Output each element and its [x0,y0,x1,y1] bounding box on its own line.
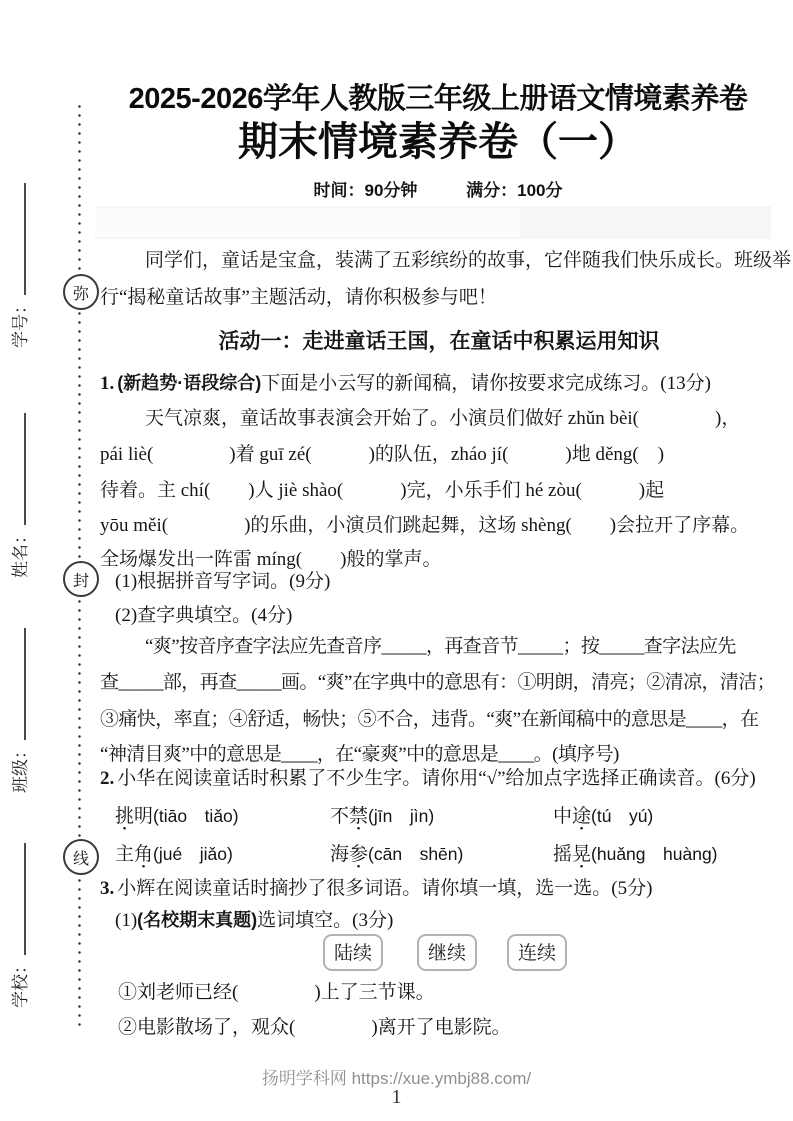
question-3-sub-1: (1)(名校期末真题)选词填空。(3分) [100,907,793,934]
time-label: 时间：90分钟 [313,181,417,200]
word-pre: 主 [115,844,134,865]
school-blank-line [8,843,26,955]
margin-field-school: 学校： [8,843,32,1008]
sub-1-number: (1) [115,910,137,931]
school-label: 学校： [11,957,30,1008]
margin-field-student-id: 学号： [8,183,32,348]
question-1-stem: 1.(新趋势·语段综合)下面是小云写的新闻稿，请你按要求完成练习。(13分) [100,370,778,397]
word-dotted-char: 参 [349,839,368,866]
seal-char-circle-1: 弥 [63,274,99,310]
word-bank-box-lianxu: 连续 [507,934,567,971]
dictionary-line-3: ③痛快，率直；④舒适，畅快；⑤不合，违背。“爽”在新闻稿中的意思是____，在 [100,706,778,733]
dictionary-line-1: “爽”按音序查字法应先查音序_____，再查音节_____；按_____查字法应… [100,633,793,660]
fill-item-1: ①刘老师已经( )上了三节课。 [100,979,793,1006]
pinyin-options: (cān shēn) [368,844,463,864]
news-paragraph-line-2: pái liè( )着 guī zé( )的队伍，zháo jí( )地 děn… [100,441,778,468]
question-3-text: 小辉在阅读童话时摘抄了很多词语。请你填一填，选一选。(5分) [117,878,652,899]
pinyin-options: (huǎng huàng) [591,844,717,864]
exam-info-line: 时间：90分钟 满分：100分 [100,176,776,201]
word-bank-box-luxu: 陆续 [323,934,383,971]
dictionary-line-2: 查_____部，再查_____画。“爽”在字典中的意思有：①明朗，清亮；②清凉，… [100,669,778,696]
news-paragraph-line-4: yōu měi( )的乐曲，小演员们跳起舞，这场 shèng( )会拉开了序幕。 [100,512,778,539]
word-item-yaohuang: 摇晃(huǎng huàng) [553,839,718,866]
exam-page: 学号： 姓名： 班级： 学校： 弥 封 线 2025-2026学年人教版三年级上… [0,0,793,1121]
name-label: 姓名： [11,527,30,578]
sub-1-tag: (名校期末真题) [137,910,257,930]
class-label: 班级： [11,742,30,793]
student-id-label: 学号： [11,297,30,348]
word-pre: 中 [553,806,572,827]
page-number: 1 [0,1086,793,1109]
word-pre: 海 [330,844,349,865]
word-dotted-char: 途 [572,801,591,828]
class-blank-line [8,628,26,740]
margin-field-name: 姓名： [8,413,32,578]
news-l1-pre: 天气凉 [145,408,202,429]
question-2-stem: 2.小华在阅读童话时积累了不少生字。请你用“√”给加点字选择正确读音。(6分) [100,765,778,792]
fill-item-2: ②电影散场了，观众( )离开了电影院。 [100,1014,793,1041]
word-post: 明 [134,806,153,827]
word-pre: 摇 [553,844,572,865]
seal-char-1: 弥 [73,281,89,304]
question-1-tag: (新趋势·语段综合) [117,373,261,393]
question-1-text: 下面是小云写的新闻稿，请你按要求完成练习。(13分) [261,373,711,394]
question-1-number: 1. [100,373,114,394]
pinyin-options: (tiāo tiǎo) [153,806,239,826]
word-pre: 不 [330,806,349,827]
news-paragraph-line-1: 天气凉爽，童话故事表演会开始了。小演员们做好 zhǔn bèi( )， [100,405,793,432]
seal-char-3: 线 [73,846,89,869]
margin-field-class: 班级： [8,628,32,793]
word-dotted-char: 晃 [572,839,591,866]
scan-shading [95,206,771,239]
question-3-stem: 3.小辉在阅读童话时摘抄了很多词语。请你填一填，选一选。(5分) [100,875,778,902]
word-dotted-char: 角 [134,839,153,866]
news-l1-post: ，童话故事表演会开始了。小演员们做好 zhǔn bèi( )， [221,408,740,429]
seal-char-circle-2: 封 [63,561,99,597]
pinyin-options: (tú yú) [591,806,653,826]
emphasized-char: 爽 [202,405,221,432]
question-1-sub-1: (1)根据拼音写字词。(9分) [100,568,793,595]
intro-line-2: 行“揭秘童话故事”主题活动，请你积极参与吧！ [100,284,778,311]
word-bank-box-jixu: 继续 [417,934,477,971]
word-item-tiaoming: 挑明(tiāo tiǎo) [115,801,239,828]
intro-line-1: 同学们，童话是宝盒，装满了五彩缤纷的故事，它伴随我们快乐成长。班级举 [100,247,793,274]
activity-1-heading: 活动一：走进童话王国，在童话中积累运用知识 [100,328,778,355]
news-paragraph-line-3: 待着。主 chí( )人 jiè shào( )完，小乐手们 hé zòu( )… [100,477,778,504]
word-dotted-char: 挑 [115,801,134,828]
pinyin-options: (jīn jìn) [368,806,434,826]
word-item-zhujue: 主角(jué jiǎo) [115,839,233,866]
name-blank-line [8,413,26,525]
word-item-bujin: 不禁(jīn jìn) [330,801,434,828]
question-1-sub-2: (2)查字典填空。(4分) [100,602,793,629]
score-label: 满分：100分 [466,181,562,200]
question-2-number: 2. [100,768,114,789]
word-item-haishen: 海参(cān shēn) [330,839,463,866]
word-item-zhongtu: 中途(tú yú) [553,801,653,828]
question-3-number: 3. [100,878,114,899]
pinyin-options: (jué jiǎo) [153,844,233,864]
seal-char-circle-3: 线 [63,839,99,875]
dictionary-line-4: “神清目爽”中的意思是____，在“豪爽”中的意思是____。(填序号) [100,741,778,768]
seal-char-2: 封 [73,568,89,591]
sub-1-text: 选词填空。(3分) [257,910,393,931]
student-id-blank-line [8,183,26,295]
question-2-text: 小华在阅读童话时积累了不少生字。请你用“√”给加点字选择正确读音。(6分) [117,768,755,789]
word-dotted-char: 禁 [349,801,368,828]
paper-subtitle: 期末情境素养卷（一） [100,110,776,167]
